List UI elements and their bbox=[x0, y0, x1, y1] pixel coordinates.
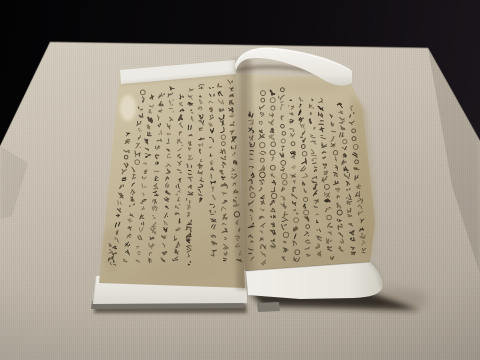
left-page-pale-damage bbox=[120, 95, 136, 121]
manuscript-book bbox=[0, 0, 480, 360]
photo-stage bbox=[0, 0, 480, 360]
